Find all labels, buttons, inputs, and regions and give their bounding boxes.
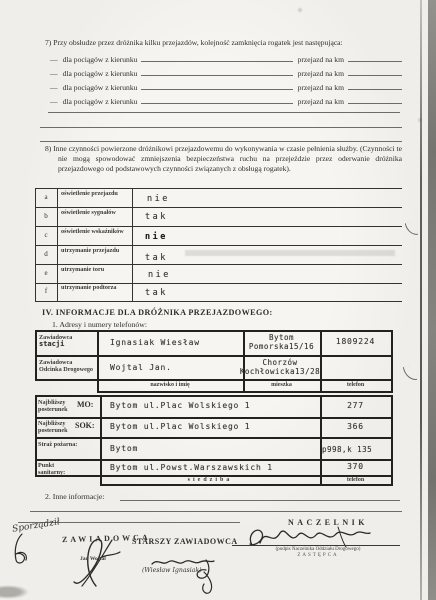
contact-address: Chorzów Kochłowicka13/28 (235, 358, 325, 376)
table-border (35, 264, 402, 265)
service-label: Punkt sanitarny: (38, 462, 78, 476)
duty-letter: b (35, 212, 57, 220)
page-curl-mark (405, 221, 419, 237)
section-8-number: 8) (45, 144, 51, 153)
table-border (35, 301, 402, 302)
column-header-phone: telefon (320, 477, 391, 483)
dash: — (50, 69, 63, 78)
duty-letter: d (35, 250, 57, 258)
table-border (100, 484, 393, 486)
table-border (132, 188, 133, 302)
service-phone: 370 (320, 462, 391, 471)
item-1-label: 1. Adresy i numery telefonów: (52, 320, 147, 329)
item-2-label: 2. Inne informacje: (45, 492, 105, 501)
contact-name: Ignasiak Wiesław (110, 338, 200, 347)
wojtal-caption: Jan Wojtal (80, 556, 106, 562)
signature-line (232, 545, 400, 546)
table-border (35, 355, 393, 357)
column-header-name: nazwisko i imię (97, 382, 243, 388)
table-border (35, 207, 402, 208)
duty-letter: c (35, 231, 57, 239)
service-phone: p998,k 135 (322, 445, 393, 454)
blank-line (48, 104, 400, 113)
table-border (35, 330, 37, 380)
fill-line-km (348, 93, 402, 104)
table-border (35, 188, 36, 302)
table-border (35, 245, 402, 246)
duty-letter: a (35, 193, 57, 201)
duty-value: tak (145, 288, 168, 298)
duties-table: a oświetlenie przejazdu nie b oświetleni… (35, 188, 402, 302)
table-border (35, 395, 37, 476)
table-border (391, 330, 393, 392)
duty-letter: f (35, 287, 57, 295)
service-address: Bytom ul.Plac Wolskiego 1 (110, 401, 250, 410)
service-address: Bytom ul.Plac Wolskiego 1 (110, 422, 250, 431)
duty-label: oświetlenie wskaźników (61, 228, 125, 235)
sporzadzil-initial (8, 532, 32, 566)
service-address: Bytom (110, 444, 138, 453)
direction-row: —dla pociągów z kierunkuprzejazd na km (50, 78, 402, 92)
blank-line (40, 119, 402, 128)
scanned-form-page: 7) Przy obsłudze przez dróżnika kilku pr… (0, 0, 436, 600)
contact-name: Wojtal Jan. (110, 363, 172, 372)
fill-line (141, 93, 292, 104)
naczelnik-caption: (podpis Naczelnika Oddziału Drogowego) (237, 547, 399, 552)
table-border (35, 417, 393, 419)
table-border (35, 437, 393, 439)
service-phone: 277 (320, 401, 391, 410)
table-border (35, 459, 393, 461)
duty-label: oświetlenie sygnałów (61, 209, 125, 216)
table-border (35, 395, 393, 397)
section-7-number: 7) (45, 38, 51, 47)
service-label: Najbliższy posterunek (38, 399, 78, 413)
zastepca-stamp: ZASTĘPCA (237, 553, 399, 558)
service-address: Bytom ul.Powst.Warszawskich 1 (110, 463, 273, 472)
blank-line (30, 504, 402, 512)
dash: — (50, 55, 63, 64)
column-header-address: mieszka (243, 382, 320, 388)
direction-row: —dla pociągów z kierunkuprzejazd na km (50, 64, 402, 78)
table-border (391, 395, 393, 486)
fill-line (141, 79, 292, 90)
service-label-suffix: SOK: (75, 421, 95, 430)
contact-role: Zawiadowca stacji (39, 334, 95, 348)
duty-label: utrzymanie toru (61, 266, 125, 273)
table-border (35, 379, 393, 381)
duty-label: oświetlenie przejazdu (61, 190, 125, 197)
section-8: 8) Inne czynności powierzone dróżnikowi … (45, 144, 402, 174)
duty-value: nie (145, 232, 168, 242)
column-header-seat: siedziba (100, 477, 320, 483)
duty-value: nie (147, 194, 170, 204)
duty-value: nie (148, 270, 171, 280)
duty-label: utrzymanie podtorza (61, 284, 125, 291)
page-curl-mark (403, 365, 417, 382)
table-border (35, 188, 402, 189)
service-label: Straż pożarna: (38, 441, 78, 448)
contacts-table: Zawiadowca stacji Ignasiak Wiesław Bytom… (35, 330, 393, 392)
section-7: 7) Przy obsłudze przez dróżnika kilku pr… (45, 38, 403, 48)
contact-phone: 1809224 (320, 337, 391, 346)
table-border (97, 391, 393, 393)
service-phone: 366 (320, 422, 391, 431)
table-border (35, 330, 393, 332)
dash: — (50, 83, 63, 92)
section-iv-title: IV. INFORMACJE DLA DRÓŻNIKA PRZEJAZDOWEG… (42, 308, 273, 317)
section-7-intro: 7) Przy obsłudze przez dróżnika kilku pr… (45, 38, 403, 48)
direction-rows: —dla pociągów z kierunkuprzejazd na km —… (50, 50, 402, 106)
blank-line (120, 493, 400, 501)
fill-line (141, 51, 292, 62)
section-8-text: 8) Inne czynności powierzone dróżnikowi … (45, 144, 402, 174)
column-header-phone: telefon (320, 382, 391, 388)
blank-line (40, 133, 402, 142)
duty-value: tak (145, 212, 168, 222)
fill-line-km (348, 51, 402, 62)
bleedthrough-smudge (185, 250, 395, 256)
table-border (35, 226, 402, 227)
table-border (57, 188, 58, 302)
ignasiak-caption: (Wiesław Ignasiak) (142, 567, 202, 574)
wojtal-signature (66, 536, 128, 588)
duty-label: utrzymanie przejazdu (61, 247, 125, 254)
direction-row: —dla pociągów z kierunkuprzejazd na km (50, 50, 402, 64)
services-table: Najbliższy posterunek MO: Bytom ul.Plac … (35, 395, 393, 486)
starszy-zawiadowca-title: STARSZY ZAWIADOWCA (132, 537, 238, 546)
fill-line (141, 65, 292, 76)
scan-edge-shadow (428, 0, 436, 600)
contact-role: Zawiadowca Odcinka Drogowego (39, 359, 95, 373)
contact-address: Bytom Pomorska15/16 (243, 333, 320, 351)
table-border (100, 395, 102, 486)
duty-letter: e (35, 269, 57, 277)
fill-line-km (348, 79, 402, 90)
duty-value: tak (145, 253, 168, 263)
service-label-suffix: MO: (77, 400, 93, 409)
page-edge-line (420, 0, 422, 600)
fill-line-km (348, 65, 402, 76)
service-label: Najbliższy posterunek (38, 420, 78, 434)
